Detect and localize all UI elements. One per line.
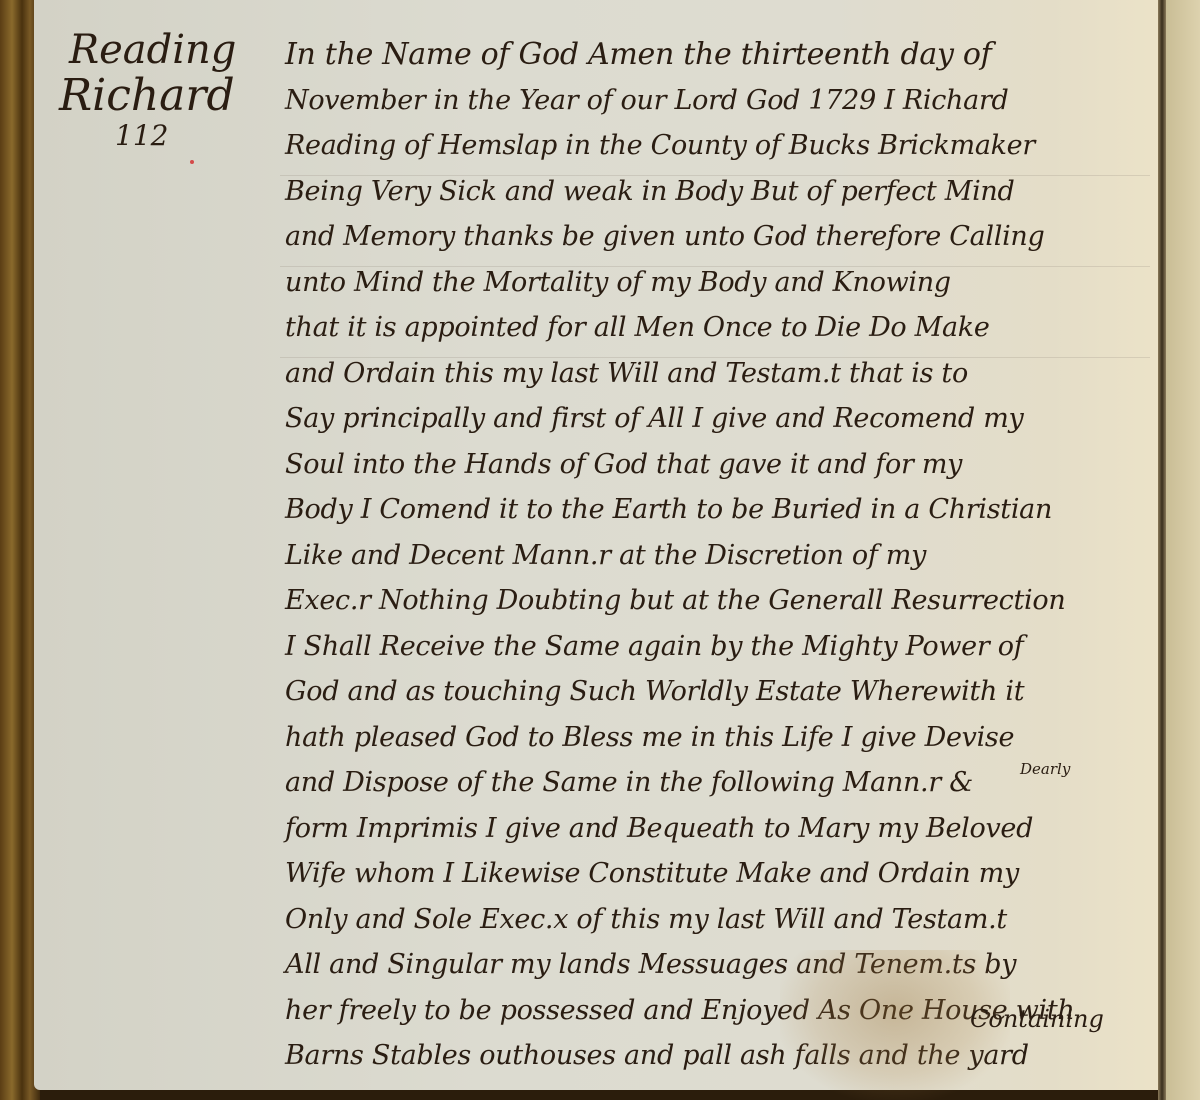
text-line: Body I Comend it to the Earth to be Buri… xyxy=(285,487,1155,533)
text-line: November in the Year of our Lord God 172… xyxy=(285,78,1155,124)
will-text: In the Name of God Amen the thirteenth d… xyxy=(285,32,1155,1079)
text-line: Like and Decent Mann.r at the Discretion… xyxy=(285,533,1155,579)
text-line: Soul into the Hands of God that gave it … xyxy=(285,442,1155,488)
text-line: hath pleased God to Bless me in this Lif… xyxy=(285,715,1155,761)
catchword: Containing xyxy=(970,1005,1104,1033)
text-line: and Ordain this my last Will and Testam.… xyxy=(285,351,1155,397)
text-line: Being Very Sick and weak in Body But of … xyxy=(285,169,1155,215)
text-line: Reading of Hemslap in the County of Buck… xyxy=(285,123,1155,169)
margin-forename: Richard xyxy=(59,72,255,120)
text-line: form Imprimis I give and Bequeath to Mar… xyxy=(285,806,1155,852)
text-line: All and Singular my lands Messuages and … xyxy=(285,942,1155,988)
margin-surname: Reading xyxy=(69,28,255,72)
text-line: Wife whom I Likewise Constitute Make and… xyxy=(285,851,1155,897)
red-ink-mark xyxy=(190,160,194,164)
text-line: I Shall Receive the Same again by the Mi… xyxy=(285,624,1155,670)
text-line: God and as touching Such Worldly Estate … xyxy=(285,669,1155,715)
interlinear-insertion: Dearly xyxy=(1020,760,1070,778)
text-line: that it is appointed for all Men Once to… xyxy=(285,305,1155,351)
manuscript-scan: Reading Richard 112 In the Name of God A… xyxy=(0,0,1200,1100)
book-gutter xyxy=(1158,0,1166,1100)
text-line: In the Name of God Amen the thirteenth d… xyxy=(285,32,1155,78)
margin-note: Reading Richard 112 xyxy=(55,28,255,152)
text-line: unto Mind the Mortality of my Body and K… xyxy=(285,260,1155,306)
facing-page-edge xyxy=(1166,0,1200,1100)
text-line: and Memory thanks be given unto God ther… xyxy=(285,214,1155,260)
text-line: Only and Sole Exec.x of this my last Wil… xyxy=(285,897,1155,943)
folio-number: 112 xyxy=(115,120,255,152)
text-line: Barns Stables outhouses and pall ash fal… xyxy=(285,1033,1155,1079)
text-line: Exec.r Nothing Doubting but at the Gener… xyxy=(285,578,1155,624)
text-line: Say principally and first of All I give … xyxy=(285,396,1155,442)
